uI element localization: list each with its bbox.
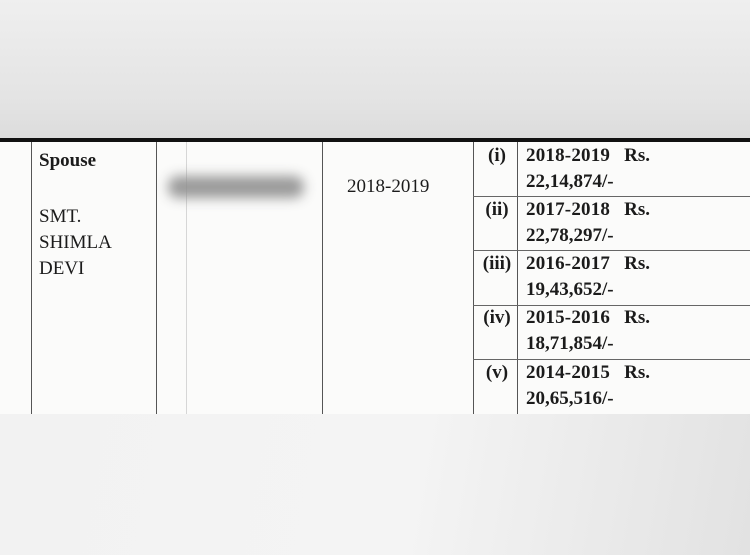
entry-index: (i) <box>471 145 523 167</box>
entry-year: 2014-2015 <box>526 362 610 383</box>
income-entry: 2014-2015Rs. 20,65,516/- <box>526 360 650 412</box>
entry-year: 2016-2017 <box>526 253 610 274</box>
person-name-line-2: SHIMLA <box>39 230 112 256</box>
entry-currency: Rs. <box>624 253 650 274</box>
entry-currency: Rs. <box>624 145 650 166</box>
entry-year: 2017-2018 <box>526 199 610 220</box>
income-entry: 2017-2018Rs. 22,78,297/- <box>526 197 650 249</box>
entry-currency: Rs. <box>624 307 650 328</box>
document-table-fragment: Spouse SMT. SHIMLA DEVI 2018-2019 (i) 20… <box>0 138 750 414</box>
column-divider <box>31 142 32 414</box>
relation-label: Spouse <box>39 148 96 174</box>
entry-year: 2015-2016 <box>526 307 610 328</box>
column-divider <box>322 142 323 414</box>
entry-amount: 22,14,874/- <box>526 171 614 192</box>
person-name-line-3: DEVI <box>39 256 84 282</box>
income-entry: 2015-2016Rs. 18,71,854/- <box>526 305 650 357</box>
entry-year: 2018-2019 <box>526 145 610 166</box>
entry-amount: 20,65,516/- <box>526 388 614 409</box>
entry-index: (v) <box>471 362 523 384</box>
person-name-line-1: SMT. <box>39 204 81 230</box>
entry-index: (ii) <box>471 199 523 221</box>
income-entry: 2016-2017Rs. 19,43,652/- <box>526 251 650 303</box>
redacted-field <box>168 176 304 198</box>
entry-currency: Rs. <box>624 362 650 383</box>
entry-index: (iv) <box>471 307 523 329</box>
income-entry: 2018-2019Rs. 22,14,874/- <box>526 143 650 195</box>
entry-currency: Rs. <box>624 199 650 220</box>
background-top <box>0 0 750 138</box>
entry-index: (iii) <box>471 253 523 275</box>
entry-amount: 19,43,652/- <box>526 279 614 300</box>
entry-amount: 22,78,297/- <box>526 225 614 246</box>
column-divider <box>156 142 157 414</box>
financial-year: 2018-2019 <box>347 174 429 200</box>
background-bottom <box>0 414 750 555</box>
entry-amount: 18,71,854/- <box>526 333 614 354</box>
